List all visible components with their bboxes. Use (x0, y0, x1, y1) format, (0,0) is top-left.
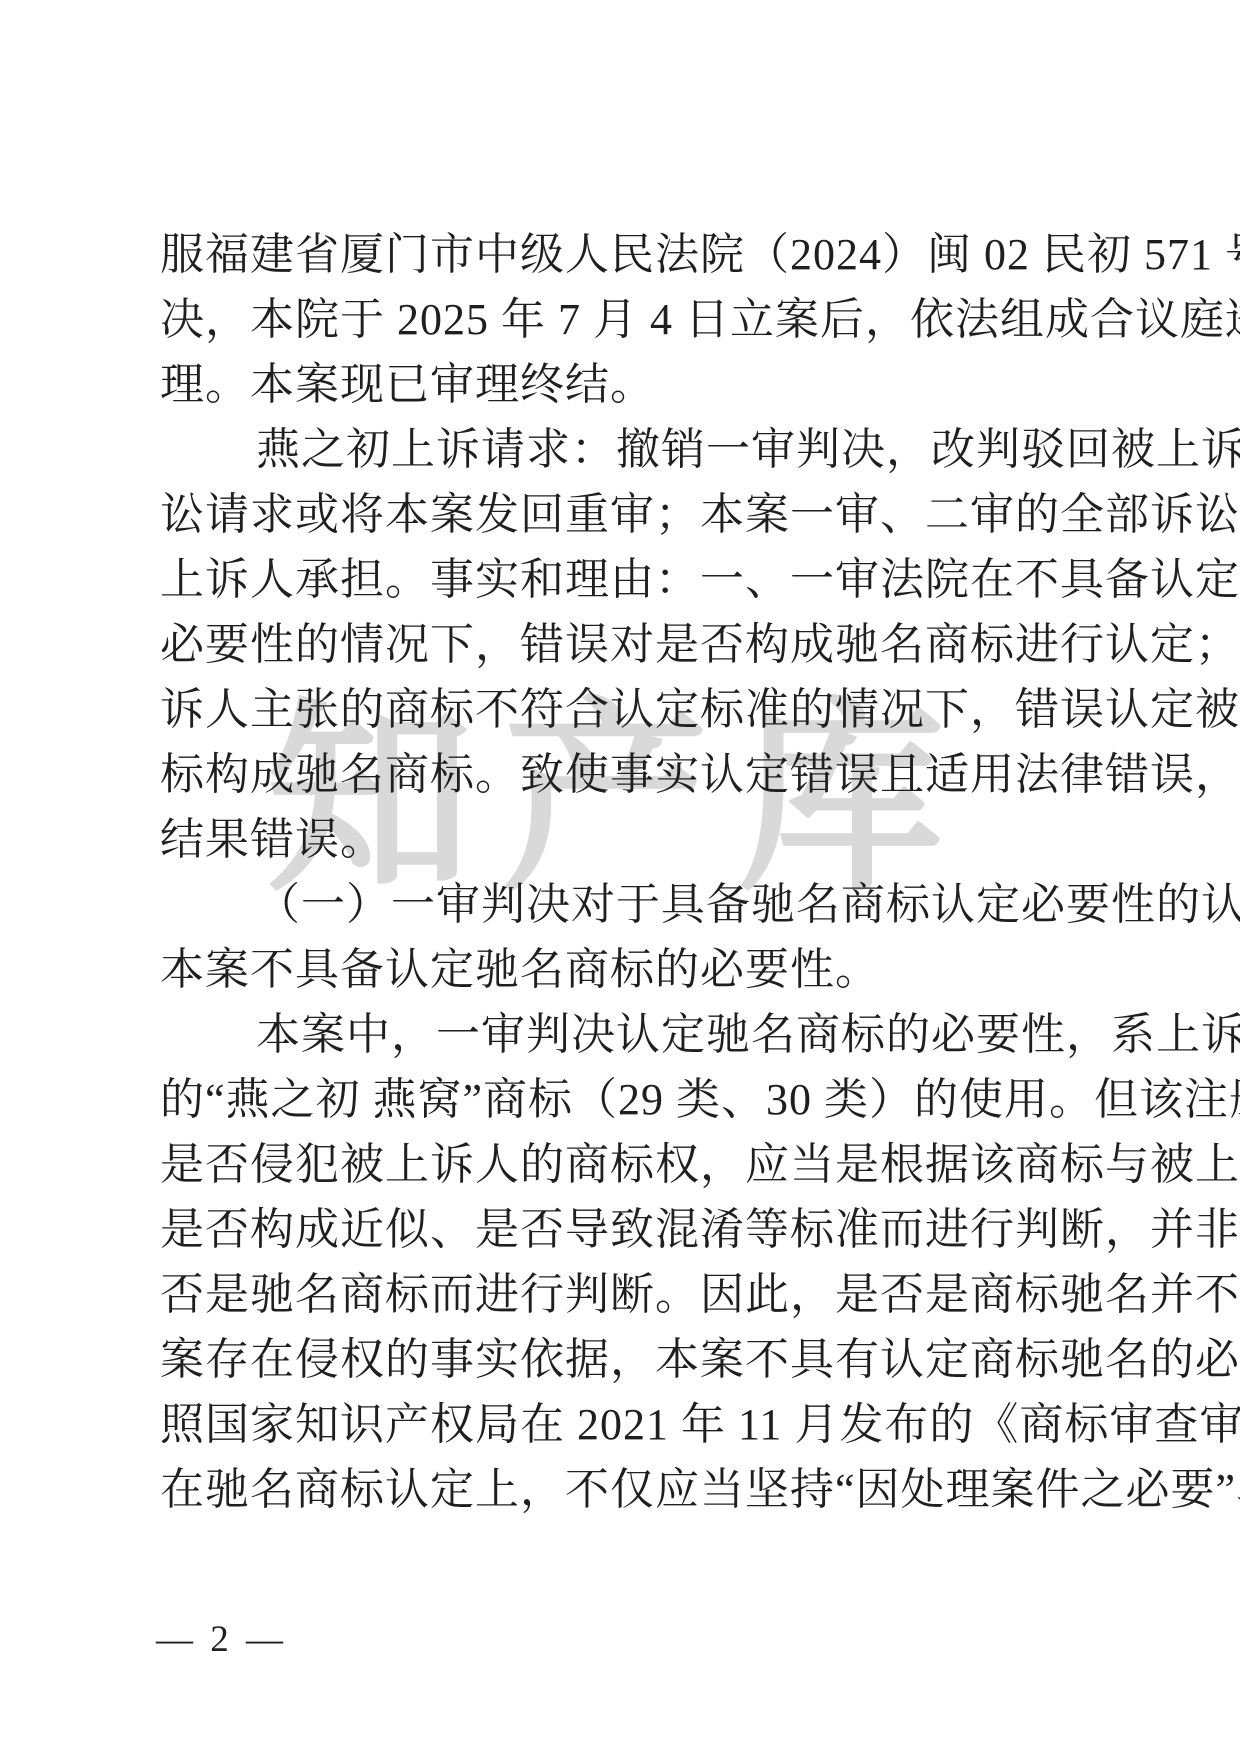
text-line: 诉人主张的商标不符合认定标准的情况下，错误认定被上诉人商 (160, 677, 1080, 742)
text-line: 理。本案现已审理终结。 (160, 352, 1080, 417)
text-line: 是否构成近似、是否导致混淆等标准而进行判断，并非是因其是 (160, 1197, 1080, 1262)
text-line: 服福建省厦门市中级人民法院（2024）闽 02 民初 571 号民事判 (160, 222, 1080, 287)
text-line: 决，本院于 2025 年 7 月 4 日立案后，依法组成合议庭进行了审 (160, 287, 1080, 352)
text-line: 必要性的情况下，错误对是否构成驰名商标进行认定；且在被上 (160, 612, 1080, 677)
text-line: 结果错误。 (160, 807, 1080, 872)
text-line: 本案不具备认定驰名商标的必要性。 (160, 937, 1080, 1002)
text-line: 标构成驰名商标。致使事实认定错误且适用法律错误，导致判决 (160, 742, 1080, 807)
text-line: 上诉人承担。事实和理由：一、一审法院在不具备认定驰名商标 (160, 547, 1080, 612)
body-text: 服福建省厦门市中级人民法院（2024）闽 02 民初 571 号民事判 决，本院… (160, 222, 1080, 1522)
text-line: 本案中，一审判决认定驰名商标的必要性，系上诉人已注册 (160, 1002, 1080, 1067)
page-number: — 2 — (156, 1618, 287, 1662)
text-line: 燕之初上诉请求：撤销一审判决，改判驳回被上诉人全部诉 (160, 417, 1080, 482)
text-line: （一）一审判决对于具备驰名商标认定必要性的认定错误， (160, 872, 1080, 937)
text-line: 否是驰名商标而进行判断。因此，是否是商标驰名并不是认定本 (160, 1262, 1080, 1327)
text-line: 在驰名商标认定上，不仅应当坚持“因处理案件之必要”、“符合 (160, 1457, 1080, 1522)
text-line: 是否侵犯被上诉人的商标权，应当是根据该商标与被上诉人商标 (160, 1132, 1080, 1197)
text-line: 的“燕之初 燕窝”商标（29 类、30 类）的使用。但该注册商标 (160, 1067, 1080, 1132)
text-line: 照国家知识产权局在 2021 年 11 月发布的《商标审查审理指南》， (160, 1392, 1080, 1457)
text-line: 案存在侵权的事实依据，本案不具有认定商标驰名的必要性。参 (160, 1327, 1080, 1392)
document-page: 知产库 服福建省厦门市中级人民法院（2024）闽 02 民初 571 号民事判 … (0, 0, 1240, 1753)
text-line: 讼请求或将本案发回重审；本案一审、二审的全部诉讼费用由被 (160, 482, 1080, 547)
